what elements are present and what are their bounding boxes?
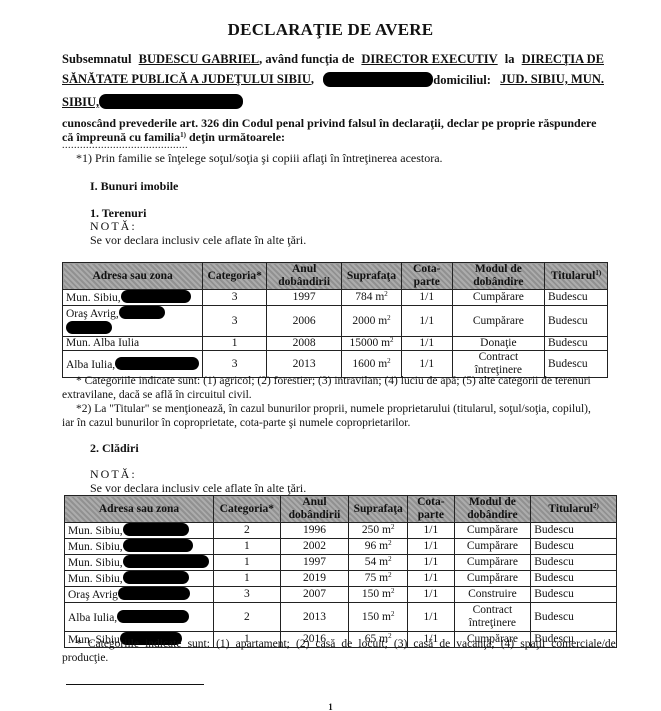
- redacted-block: [118, 587, 190, 600]
- cell-category-text: 3: [232, 358, 238, 370]
- cell-address-text: Mun. Sibiu,: [68, 541, 123, 553]
- cell-category: 1: [213, 555, 280, 571]
- note-word: casă: [413, 637, 433, 651]
- intro-line-1: Subsemnatul BUDESCU GABRIEL, având funcţ…: [62, 52, 604, 67]
- note-word: indicate: [145, 637, 181, 651]
- cell-share-text: 1/1: [419, 291, 434, 303]
- cell-mode-text: Cumpărare: [473, 291, 524, 303]
- cell-address-text: Alba Iulia,: [66, 359, 115, 371]
- cell-year: 2002: [280, 539, 349, 555]
- cell-owner: Budescu: [531, 539, 617, 555]
- declarant-name: BUDESCU GABRIEL: [139, 52, 260, 66]
- area-unit-sup: 2: [384, 290, 388, 298]
- header-owner-label: Titularul: [548, 503, 593, 515]
- redacted-block: [123, 555, 209, 568]
- land-categories-note-line-2: extravilane, dacă se află în circuitul c…: [62, 388, 622, 402]
- cell-category: 2: [213, 603, 280, 632]
- cell-share: 1/1: [401, 306, 452, 337]
- cell-share: 1/1: [401, 290, 452, 306]
- cell-category-text: 3: [244, 588, 250, 600]
- cell-year-text: 2008: [293, 337, 316, 349]
- buildings-table: Adresa sau zona Categoria* Anul dobândir…: [64, 495, 617, 648]
- cell-area: 15000 m2: [342, 337, 402, 351]
- redacted-block: [121, 290, 191, 303]
- cell-mode-text: Construire: [468, 588, 517, 600]
- header-owner-sup: 2): [593, 502, 599, 510]
- cell-area: 54 m2: [349, 555, 408, 571]
- header-share: Cota-parte: [408, 496, 454, 523]
- cell-share-text: 1/1: [424, 540, 439, 552]
- cell-address-text: Oraş Avrig: [68, 589, 118, 601]
- nota-text: Se vor declara inclusiv cele aflate în a…: [90, 233, 306, 248]
- cell-category: 1: [213, 571, 280, 587]
- cell-area-text: 1600 m: [352, 358, 387, 370]
- cell-address: Mun. Sibiu,: [65, 523, 214, 539]
- document-title: DECLARAŢIE DE AVERE: [0, 20, 661, 40]
- cell-category-text: 1: [244, 572, 250, 584]
- header-owner-sup: 1): [595, 269, 601, 277]
- family-footnote: *1) Prin familie se înţelege soţul/soţia…: [76, 151, 443, 166]
- cell-area: 75 m2: [349, 571, 408, 587]
- cell-owner: Budescu: [531, 523, 617, 539]
- note-word: comerciale/de: [551, 637, 616, 651]
- building-categories-note-justified: *Categoriileindicatesunt:(1)apartament;(…: [76, 637, 616, 651]
- cell-category-text: 2: [244, 524, 250, 536]
- cell-category: 1: [203, 337, 267, 351]
- institution-part2: SĂNĂTATE PUBLICĂ A JUDEŢULUI SIBIU: [62, 72, 311, 86]
- header-owner: Titularul2): [531, 496, 617, 523]
- building-categories-note-line-1: *Categoriileindicatesunt:(1)apartament;(…: [76, 637, 616, 651]
- note-word: vacanţă;: [456, 637, 494, 651]
- cell-category: 1: [213, 539, 280, 555]
- nota-label: NOTĂ:: [90, 219, 137, 234]
- cell-year: 1996: [280, 523, 349, 539]
- cell-mode: Construire: [454, 587, 531, 603]
- cell-owner: Budescu: [545, 337, 608, 351]
- note-word: (1): [216, 637, 229, 651]
- cell-area-text: 54 m: [365, 556, 388, 568]
- cell-mode: Cumpărare: [452, 290, 544, 306]
- cell-area: 250 m2: [349, 523, 408, 539]
- note-word: spaţii: [520, 637, 545, 651]
- cell-address: Mun. Alba Iulia: [63, 337, 203, 351]
- cell-address: Oraş Avrig: [65, 587, 214, 603]
- cell-mode-text: Donaţie: [480, 337, 516, 349]
- header-owner: Titularul1): [545, 263, 608, 290]
- cell-mode-text: Cumpărare: [467, 572, 518, 584]
- header-share: Cota-parte: [401, 263, 452, 290]
- cell-share-text: 1/1: [424, 572, 439, 584]
- redacted-block: [123, 539, 193, 552]
- cell-owner-text: Budescu: [548, 315, 588, 327]
- nota-text-2: Se vor declara inclusiv cele aflate în a…: [90, 481, 306, 496]
- cell-year-text: 2013: [293, 358, 316, 370]
- redacted-block: [99, 94, 243, 109]
- cell-share-text: 1/1: [424, 524, 439, 536]
- cell-year-text: 2006: [293, 315, 316, 327]
- note-word: locuit;: [358, 637, 387, 651]
- cell-owner-text: Budescu: [534, 556, 574, 568]
- cell-category-text: 1: [244, 556, 250, 568]
- cell-address-text: Alba Iulia,: [68, 612, 117, 624]
- table-row: Mun. Sibiu,31997784 m21/1CumpărareBudesc…: [63, 290, 608, 306]
- redacted-block: [119, 306, 165, 319]
- cell-year-text: 2002: [303, 540, 326, 552]
- header-category: Categoria*: [213, 496, 280, 523]
- redacted-block: [323, 72, 433, 87]
- cell-address: Mun. Sibiu,: [65, 539, 214, 555]
- page-number: 1: [0, 702, 661, 711]
- land-table: Adresa sau zona Categoria* Anul dobândir…: [62, 262, 608, 378]
- cell-mode: Donaţie: [452, 337, 544, 351]
- cell-category-text: 1: [232, 337, 238, 349]
- redacted-block: [115, 357, 199, 370]
- cell-share-text: 1/1: [424, 611, 439, 623]
- header-address: Adresa sau zona: [65, 496, 214, 523]
- intro-paragraph: Subsemnatul BUDESCU GABRIEL, având funcţ…: [62, 52, 604, 114]
- area-unit-sup: 2: [391, 523, 395, 531]
- cell-year-text: 2019: [303, 572, 326, 584]
- cell-category-text: 1: [244, 540, 250, 552]
- area-unit-sup: 2: [388, 539, 392, 547]
- area-unit-sup: 2: [391, 587, 395, 595]
- cell-address-text: Mun. Alba Iulia: [66, 337, 139, 349]
- cell-area-text: 250 m: [362, 524, 391, 536]
- cell-share-text: 1/1: [419, 337, 434, 349]
- note-word: de: [341, 637, 352, 651]
- address-part1: JUD. SIBIU, MUN.: [500, 72, 604, 88]
- cell-owner-text: Budescu: [548, 358, 588, 370]
- table-row: Mun. Sibiu,1201975 m21/1CumpărareBudescu: [65, 571, 617, 587]
- cell-owner: Budescu: [545, 290, 608, 306]
- address-part2: SIBIU,: [62, 95, 99, 109]
- cell-share: 1/1: [408, 523, 454, 539]
- cell-share-text: 1/1: [424, 588, 439, 600]
- header-mode: Modul de dobândire: [452, 263, 544, 290]
- nota-label-2: NOTĂ:: [90, 467, 137, 482]
- intro-la: la: [505, 52, 515, 67]
- domicile-label: domiciliul:: [433, 73, 491, 87]
- cell-year-text: 2007: [303, 588, 326, 600]
- cell-year: 1997: [280, 555, 349, 571]
- institution-part1: DIRECŢIA DE: [522, 52, 604, 67]
- cell-area: 150 m2: [349, 587, 408, 603]
- cell-area-text: 784 m: [355, 291, 384, 303]
- table-row: Alba Iulia,22013150 m21/1Contract întreţ…: [65, 603, 617, 632]
- cell-area-text: 75 m: [365, 572, 388, 584]
- cell-address-text: Mun. Sibiu,: [68, 525, 123, 537]
- cell-category-text: 3: [232, 291, 238, 303]
- note-word: sunt:: [188, 637, 210, 651]
- cell-year: 2019: [280, 571, 349, 587]
- redacted-block: [123, 523, 189, 536]
- header-address: Adresa sau zona: [63, 263, 203, 290]
- cell-mode-text: Cumpărare: [467, 540, 518, 552]
- cell-owner: Budescu: [531, 555, 617, 571]
- intro-line-2: SĂNĂTATE PUBLICĂ A JUDEŢULUI SIBIU, domi…: [62, 72, 604, 88]
- cell-area-text: 15000 m: [349, 337, 390, 349]
- cell-share-text: 1/1: [419, 358, 434, 370]
- declarant-function: DIRECTOR EXECUTIV: [361, 52, 497, 67]
- note-word: de: [439, 637, 450, 651]
- header-year: Anul dobândirii: [280, 496, 349, 523]
- cell-share-text: 1/1: [424, 556, 439, 568]
- intro-subsemnatul: Subsemnatul: [62, 52, 131, 67]
- cell-mode-text: Contract întreţinere: [475, 351, 522, 376]
- note-word: apartament;: [236, 637, 290, 651]
- note-word: (4): [501, 637, 514, 651]
- cell-mode-text: Contract întreţinere: [461, 604, 523, 630]
- cell-address-text: Mun. Sibiu,: [68, 573, 123, 585]
- redacted-block: [66, 321, 112, 334]
- cell-address: Mun. Sibiu,: [65, 555, 214, 571]
- cell-area: 150 m2: [349, 603, 408, 632]
- cell-owner: Budescu: [531, 603, 617, 632]
- cell-area-text: 2000 m: [352, 315, 387, 327]
- cell-year-text: 1997: [303, 556, 326, 568]
- cell-area: 96 m2: [349, 539, 408, 555]
- cell-address: Mun. Sibiu,: [65, 571, 214, 587]
- titular-note-line-1: *2) La "Titular" se menţionează, în cazu…: [76, 402, 636, 416]
- cell-address: Oraş Avrig,: [63, 306, 203, 337]
- note-word: (3): [394, 637, 407, 651]
- table-row: Oraş Avrig,320062000 m21/1CumpărareBudes…: [63, 306, 608, 337]
- cell-owner-text: Budescu: [534, 611, 574, 623]
- cell-owner-text: Budescu: [534, 540, 574, 552]
- cell-share: 1/1: [408, 555, 454, 571]
- dotted-line: ........................................…: [62, 140, 188, 151]
- cell-mode: Contract întreţinere: [454, 603, 531, 632]
- declaration-line-1: cunoscând prevederile art. 326 din Codul…: [62, 116, 604, 130]
- note-word: *: [76, 637, 82, 651]
- subsection-heading-buildings: 2. Clădiri: [90, 441, 139, 456]
- cell-share: 1/1: [408, 539, 454, 555]
- redacted-block: [123, 571, 189, 584]
- land-categories-note-line-1: * Categoriile indicate sunt: (1) agricol…: [62, 374, 622, 388]
- cell-share-text: 1/1: [419, 315, 434, 327]
- cell-category: 2: [213, 523, 280, 539]
- cell-owner-text: Budescu: [548, 291, 588, 303]
- table-row: Mun. Sibiu,1199754 m21/1CumpărareBudescu: [65, 555, 617, 571]
- area-unit-sup: 2: [388, 571, 392, 579]
- cell-mode-text: Cumpărare: [467, 556, 518, 568]
- cell-mode-text: Cumpărare: [467, 524, 518, 536]
- land-table-body: Mun. Sibiu,31997784 m21/1CumpărareBudesc…: [63, 290, 608, 378]
- cell-address-text: Mun. Sibiu,: [66, 292, 121, 304]
- cell-owner: Budescu: [531, 571, 617, 587]
- cell-year-text: 1997: [293, 291, 316, 303]
- cell-share: 1/1: [408, 603, 454, 632]
- area-unit-sup: 2: [390, 336, 394, 344]
- table-row: Mun. Sibiu,1200296 m21/1CumpărareBudescu: [65, 539, 617, 555]
- header-area: Suprafaţa: [342, 263, 402, 290]
- area-unit-sup: 2: [391, 610, 395, 618]
- header-category: Categoria*: [203, 263, 267, 290]
- cell-area: 784 m2: [342, 290, 402, 306]
- note-word: Categoriile: [88, 637, 139, 651]
- cell-mode: Cumpărare: [454, 555, 531, 571]
- declaration-line-2-post: deţin următoarele:: [186, 130, 285, 144]
- table-row: Mun. Alba Iulia1200815000 m21/1DonaţieBu…: [63, 337, 608, 351]
- note-word: casă: [316, 637, 336, 651]
- cell-share: 1/1: [401, 337, 452, 351]
- table-header-row: Adresa sau zona Categoria* Anul dobândir…: [63, 263, 608, 290]
- area-unit-sup: 2: [388, 555, 392, 563]
- cell-mode: Cumpărare: [454, 523, 531, 539]
- cell-category: 3: [213, 587, 280, 603]
- cell-year: 1997: [267, 290, 342, 306]
- cell-owner: Budescu: [531, 587, 617, 603]
- buildings-table-body: Mun. Sibiu,21996250 m21/1CumpărareBudesc…: [65, 523, 617, 648]
- cell-category-text: 3: [232, 315, 238, 327]
- header-year: Anul dobândirii: [267, 263, 342, 290]
- cell-area-text: 150 m: [362, 611, 391, 623]
- intro-function-label: , având funcţia de: [259, 52, 354, 66]
- cell-mode: Cumpărare: [452, 306, 544, 337]
- note-word: (2): [296, 637, 309, 651]
- cell-owner-text: Budescu: [534, 588, 574, 600]
- cell-year: 2008: [267, 337, 342, 351]
- cell-address-text: Oraş Avrig,: [66, 308, 119, 320]
- footnote-separator: [66, 684, 204, 685]
- cell-year-text: 2013: [303, 611, 326, 623]
- cell-owner-text: Budescu: [534, 524, 574, 536]
- cell-year: 2007: [280, 587, 349, 603]
- table-header-row: Adresa sau zona Categoria* Anul dobândir…: [65, 496, 617, 523]
- cell-share: 1/1: [408, 587, 454, 603]
- cell-category: 3: [203, 306, 267, 337]
- area-unit-sup: 2: [387, 314, 391, 322]
- table-row: Oraş Avrig32007150 m21/1ConstruireBudesc…: [65, 587, 617, 603]
- section-heading-immovable: I. Bunuri imobile: [90, 179, 178, 194]
- cell-address: Alba Iulia,: [65, 603, 214, 632]
- cell-year: 2013: [280, 603, 349, 632]
- cell-category: 3: [203, 290, 267, 306]
- cell-mode: Cumpărare: [454, 571, 531, 587]
- cell-owner-text: Budescu: [534, 572, 574, 584]
- intro-line-3: SIBIU,: [62, 94, 243, 110]
- area-unit-sup: 2: [387, 357, 391, 365]
- cell-address: Mun. Sibiu,: [63, 290, 203, 306]
- cell-owner: Budescu: [545, 306, 608, 337]
- cell-share: 1/1: [408, 571, 454, 587]
- header-owner-label: Titularul: [551, 270, 596, 282]
- cell-category-text: 2: [244, 611, 250, 623]
- cell-area-text: 150 m: [362, 588, 391, 600]
- cell-mode: Cumpărare: [454, 539, 531, 555]
- redacted-block: [117, 610, 189, 623]
- header-mode: Modul de dobândire: [454, 496, 531, 523]
- cell-owner-text: Budescu: [548, 337, 588, 349]
- building-categories-note-line-2: producţie.: [62, 651, 622, 665]
- cell-mode-text: Cumpărare: [473, 315, 524, 327]
- titular-note-line-2: iar în cazul bunurilor în coproprietate,…: [62, 416, 622, 430]
- header-area: Suprafaţa: [349, 496, 408, 523]
- cell-year-text: 1996: [303, 524, 326, 536]
- cell-address-text: Mun. Sibiu,: [68, 557, 123, 569]
- cell-year: 2006: [267, 306, 342, 337]
- table-row: Mun. Sibiu,21996250 m21/1CumpărareBudesc…: [65, 523, 617, 539]
- cell-area-text: 96 m: [365, 540, 388, 552]
- land-categories-note: * Categoriile indicate sunt: (1) agricol…: [62, 374, 622, 388]
- cell-area: 2000 m2: [342, 306, 402, 337]
